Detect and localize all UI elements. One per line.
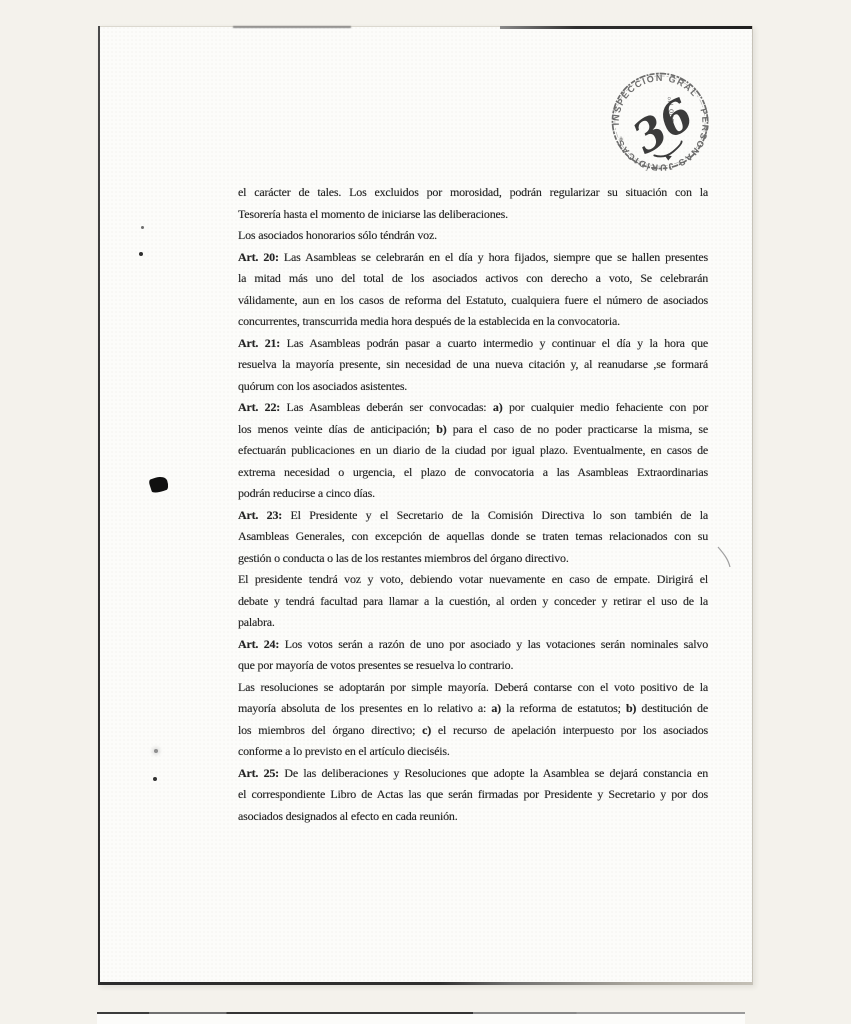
body-text: Tesorería hasta el momento de iniciarse …: [238, 207, 508, 221]
text-line: conforme a lo previsto en el artículo di…: [238, 741, 708, 763]
text-line: Art. 21: Las Asambleas podrán pasar a cu…: [238, 333, 708, 355]
text-line: válidamente, aun en los casos de reforma…: [238, 290, 708, 312]
bold-text: a): [493, 400, 503, 414]
text-line: los menos veinte días de anticipación; b…: [238, 419, 708, 441]
bold-text: Art. 23:: [238, 508, 282, 522]
body-text: Las Asambleas podrán pasar a cuarto inte…: [280, 336, 708, 350]
page-right-edge: [752, 26, 753, 985]
text-line: resuelva la mayoría presente, sin necesi…: [238, 354, 708, 376]
pen-check-mark: [716, 546, 732, 568]
text-line: Asambleas Generales, con excepción de aq…: [238, 526, 708, 548]
document-page: INSPECCIÓN GRAL PERSONAS JURÍDICAS ✳ Fol…: [98, 26, 753, 985]
body-text: Los asociados honorarios sólo téndrán vo…: [238, 228, 437, 242]
page-left-edge: [98, 26, 100, 985]
body-text: De las deliberaciones y Resoluciones que…: [279, 766, 708, 780]
document-text: el carácter de tales. Los excluidos por …: [238, 182, 708, 827]
text-line: Art. 23: El Presidente y el Secretario d…: [238, 505, 708, 527]
paragraph: Las resoluciones se adoptarán por simple…: [238, 677, 708, 763]
next-page-top-border: [97, 1012, 745, 1014]
text-line: el carácter de tales. Los excluidos por …: [238, 182, 708, 204]
text-line: Los asociados honorarios sólo téndrán vo…: [238, 225, 708, 247]
text-line: Art. 24: Los votos serán a razón de uno …: [238, 634, 708, 656]
scan-speck: [153, 777, 157, 781]
text-line: que por mayoría de votos presentes se re…: [238, 655, 708, 677]
scan-speck: [154, 749, 158, 753]
bold-text: Art. 21:: [238, 336, 280, 350]
body-text: los menos veinte días de anticipación;: [238, 422, 436, 436]
body-text: Las Asambleas deberán ser convocadas:: [280, 400, 493, 414]
ink-blot: [148, 475, 170, 495]
bold-text: Art. 25:: [238, 766, 279, 780]
body-text: el recurso de apelación interpuesto por …: [431, 723, 708, 737]
text-line: Art. 25: De las deliberaciones y Resoluc…: [238, 763, 708, 785]
bold-text: Art. 24:: [238, 637, 279, 651]
scan-speck: [139, 252, 143, 256]
text-line: El presidente tendrá voz y voto, debiend…: [238, 569, 708, 591]
paragraph: Los asociados honorarios sólo téndrán vo…: [238, 225, 708, 247]
body-text: los miembros del órgano directivo;: [238, 723, 422, 737]
body-text: Las resoluciones se adoptarán por simple…: [238, 680, 708, 694]
paragraph: Art. 22: Las Asambleas deberán ser convo…: [238, 397, 708, 505]
paragraph: Art. 21: Las Asambleas podrán pasar a cu…: [238, 333, 708, 398]
body-text: quórum con los asociados asistentes.: [238, 379, 407, 393]
body-text: extrema necesidad o urgencia, el plazo d…: [238, 465, 708, 479]
body-text: asociados designados al efecto en cada r…: [238, 809, 458, 823]
text-line: asociados designados al efecto en cada r…: [238, 806, 708, 828]
paragraph: Art. 25: De las deliberaciones y Resoluc…: [238, 763, 708, 828]
text-line: debate y tendrá facultad para llamar a l…: [238, 591, 708, 613]
body-text: por cualquier medio fehaciente con por: [503, 400, 709, 414]
body-text: mayoría absoluta de los presentes en lo …: [238, 701, 491, 715]
text-line: palabra.: [238, 612, 708, 634]
text-line: podrán reducirse a cinco días.: [238, 483, 708, 505]
bold-text: c): [422, 723, 431, 737]
text-line: quórum con los asociados asistentes.: [238, 376, 708, 398]
scan-smudge: [233, 26, 351, 28]
body-text: podrán reducirse a cinco días.: [238, 486, 375, 500]
scan-speck: [141, 226, 144, 229]
text-line: extrema necesidad o urgencia, el plazo d…: [238, 462, 708, 484]
inspection-stamp: INSPECCIÓN GRAL PERSONAS JURÍDICAS ✳ Fol…: [603, 64, 717, 178]
body-text: Los votos serán a razón de uno por asoci…: [279, 637, 708, 651]
body-text: El Presidente y el Secretario de la Comi…: [282, 508, 708, 522]
body-text: concurrentes, transcurrida media hora de…: [238, 314, 620, 328]
text-line: el correspondiente Libro de Actas las qu…: [238, 784, 708, 806]
body-text: resuelva la mayoría presente, sin necesi…: [238, 357, 708, 371]
text-line: la mitad más uno del total de los asocia…: [238, 268, 708, 290]
body-text: destitución de: [636, 701, 708, 715]
body-text: que por mayoría de votos presentes se re…: [238, 658, 513, 672]
bold-text: a): [491, 701, 501, 715]
body-text: la mitad más uno del total de los asocia…: [238, 271, 708, 285]
paragraph: Art. 24: Los votos serán a razón de uno …: [238, 634, 708, 677]
paragraph: el carácter de tales. Los excluidos por …: [238, 182, 708, 225]
body-text: palabra.: [238, 615, 275, 629]
text-line: los miembros del órgano directivo; c) el…: [238, 720, 708, 742]
body-text: El presidente tendrá voz y voto, debiend…: [238, 572, 708, 586]
text-line: efectuarán publicaciones en un diario de…: [238, 440, 708, 462]
text-line: Tesorería hasta el momento de iniciarse …: [238, 204, 708, 226]
text-line: gestión o conducta o las de los restante…: [238, 548, 708, 570]
body-text: efectuarán publicaciones en un diario de…: [238, 443, 708, 457]
bold-text: b): [626, 701, 636, 715]
body-text: Asambleas Generales, con excepción de aq…: [238, 529, 708, 543]
paragraph: El presidente tendrá voz y voto, debiend…: [238, 569, 708, 634]
text-line: Art. 22: Las Asambleas deberán ser convo…: [238, 397, 708, 419]
next-page-edge: [97, 1012, 745, 1024]
scan-smudge: [500, 26, 753, 29]
page-bottom-edge: [98, 982, 753, 985]
body-text: el correspondiente Libro de Actas las qu…: [238, 787, 708, 801]
scan-background: INSPECCIÓN GRAL PERSONAS JURÍDICAS ✳ Fol…: [0, 0, 851, 1024]
bold-text: b): [436, 422, 446, 436]
body-text: Las Asambleas se celebrarán en el día y …: [279, 250, 708, 264]
paragraph: Art. 20: Las Asambleas se celebrarán en …: [238, 247, 708, 333]
body-text: gestión o conducta o las de los restante…: [238, 551, 569, 565]
bold-text: Art. 22:: [238, 400, 280, 414]
paragraph: Art. 23: El Presidente y el Secretario d…: [238, 505, 708, 570]
text-line: concurrentes, transcurrida media hora de…: [238, 311, 708, 333]
bold-text: Art. 20:: [238, 250, 279, 264]
text-line: mayoría absoluta de los presentes en lo …: [238, 698, 708, 720]
body-text: válidamente, aun en los casos de reforma…: [238, 293, 708, 307]
body-text: conforme a lo previsto en el artículo di…: [238, 744, 450, 758]
body-text: debate y tendrá facultad para llamar a l…: [238, 594, 708, 608]
text-line: Art. 20: Las Asambleas se celebrarán en …: [238, 247, 708, 269]
body-text: la reforma de estatutos;: [501, 701, 626, 715]
text-line: Las resoluciones se adoptarán por simple…: [238, 677, 708, 699]
body-text: el carácter de tales. Los excluidos por …: [238, 185, 708, 199]
body-text: para el caso de no poder practicarse la …: [447, 422, 708, 436]
